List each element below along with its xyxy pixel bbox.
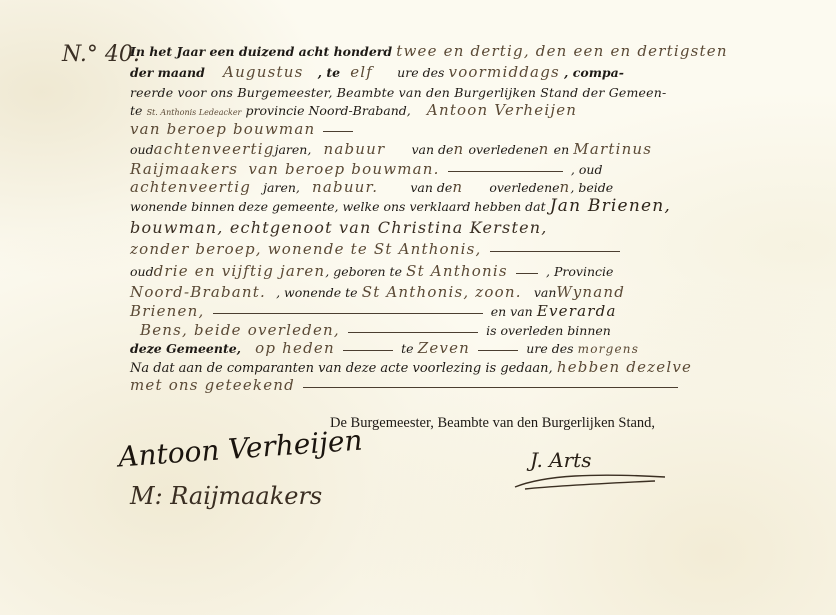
line-1: In het Jaar een duizend acht honderd twe… [130,42,728,62]
handwritten-father-name: Wynand [556,283,625,301]
printed-text: , wonende te [276,285,357,300]
handwritten-time-of-day: morgens [578,342,639,356]
handwritten-residence: zonder beroep, wonende te St Anthonis, [130,240,482,258]
handwritten-residence: St Anthonis, zoon. [362,283,522,301]
line-5: van beroep bouwman [130,120,357,140]
printed-text: en [554,142,569,157]
printed-text: jaren, [275,142,312,157]
printed-text: ure des [397,65,444,80]
handwritten-suffix: n [453,140,464,158]
printed-text: provincie Noord-Braband, [246,103,411,118]
printed-text: en van [491,304,533,319]
handwritten-mother-name: Everarda [537,302,617,320]
handwritten-time-of-day: voormiddags [449,63,560,81]
printed-text: te [401,341,413,356]
line-18: met ons geteekend [130,376,682,396]
line-13: Noord-Brabant. , wonende te St Anthonis,… [130,283,625,303]
printed-text: , geboren te [325,264,402,279]
printed-text: , Provincie [546,264,613,279]
printed-text: Na dat aan de comparanten van deze acte … [130,361,553,376]
handwritten-age: achtenveertig [130,178,251,196]
handwritten-birthplace: St Anthonis [406,262,508,280]
signature-flourish-icon [505,465,675,495]
printed-text: , beide [570,180,613,195]
handwritten-relation: nabuur. [312,178,378,196]
printed-text: jaren, [263,180,300,195]
handwritten-suffix: n [560,178,571,196]
printed-text: van de [412,142,454,157]
handwritten-occupation: van beroep bouwman. [248,160,439,178]
printed-text: is overleden binnen [486,323,611,338]
handwritten-relation: nabuur [323,140,385,158]
handwritten-age: achtenveertig [154,140,275,158]
line-8: achtenveertig jaren, nabuur. van den ove… [130,178,613,198]
printed-text: , compa- [564,65,624,80]
handwritten-suffix: n [452,178,463,196]
handwritten-mother-surname: Bens, beide overleden, [140,321,340,339]
handwritten-witness-surname: Raijmaakers [130,160,238,178]
handwritten-declarant-name: Antoon Verheijen [427,101,577,119]
printed-text: ure des [526,341,573,356]
handwritten-municipality: St. Anthonis Ledeacker [147,108,242,117]
printed-text: , te [318,65,340,80]
handwritten-spouse: bouwman, echtgenoot van Christina Kerste… [130,218,548,237]
line-15: Bens, beide overleden, is overleden binn… [140,321,611,341]
document-page: N.° 40. In het Jaar een duizend acht hon… [0,0,836,615]
line-7: Raijmaakers van beroep bouwman. , oud [130,160,602,180]
printed-text: , oud [571,162,603,177]
printed-text: overledene [468,142,538,157]
handwritten-occupation: van beroep bouwman [130,120,315,138]
handwritten-province: Noord-Brabant. [130,283,266,301]
line-9: wonende binnen deze gemeente, welke ons … [130,197,671,217]
record-number: N.° 40. [62,42,140,67]
handwritten-month: Augustus [223,63,303,81]
printed-text: In het Jaar een duizend acht honderd [130,44,392,59]
line-11: zonder beroep, wonende te St Anthonis, [130,240,624,260]
signature-declarant-2: M: Raijmaakers [130,482,322,510]
printed-text: reerde voor ons Burgemeester, Beambte va… [130,85,666,100]
handwritten-suffix: n [539,140,550,158]
printed-text: oud [130,142,154,157]
printed-text: deze Gemeente, [130,341,241,356]
handwritten-father-surname: Brienen, [130,302,204,320]
line-2: der maand Augustus , te elf ure des voor… [130,63,624,83]
printed-text: van de [410,180,452,195]
handwritten-text: met ons geteekend [130,376,295,394]
signature-declarant-1: Antoon Verheijen [117,424,363,474]
line-4: te St. Anthonis Ledeacker provincie Noor… [130,101,577,122]
line-6: oudachtenveertigjaren, nabuur van den ov… [130,140,652,160]
handwritten-hour: elf [350,63,373,81]
handwritten-witness-name: Martinus [573,140,652,158]
line-16: deze Gemeente, op heden te Zeven ure des… [130,339,639,359]
printed-text: overledene [489,180,559,195]
handwritten-date: twee en dertig, den een en dertigsten [396,42,727,60]
handwritten-hour: Zeven [418,339,470,357]
printed-text: van [534,285,557,300]
line-14: Brienen, en van Everarda [130,302,617,322]
printed-text: te [130,103,142,118]
line-17: Na dat aan de comparanten van deze acte … [130,358,692,378]
handwritten-text: hebben dezelve [557,358,692,376]
line-10: bouwman, echtgenoot van Christina Kerste… [130,219,548,239]
signature-caption: De Burgemeester, Beambte van den Burgerl… [330,415,655,432]
printed-text: oud [130,264,154,279]
printed-text: wonende binnen deze gemeente, welke ons … [130,199,546,214]
handwritten-day: op heden [255,339,335,357]
line-12: ouddrie en vijftig jaren, geboren te St … [130,262,613,282]
handwritten-deceased-name: Jan Brienen, [550,196,671,216]
printed-text: der maand [130,65,205,80]
handwritten-age: drie en vijftig jaren [154,262,326,280]
